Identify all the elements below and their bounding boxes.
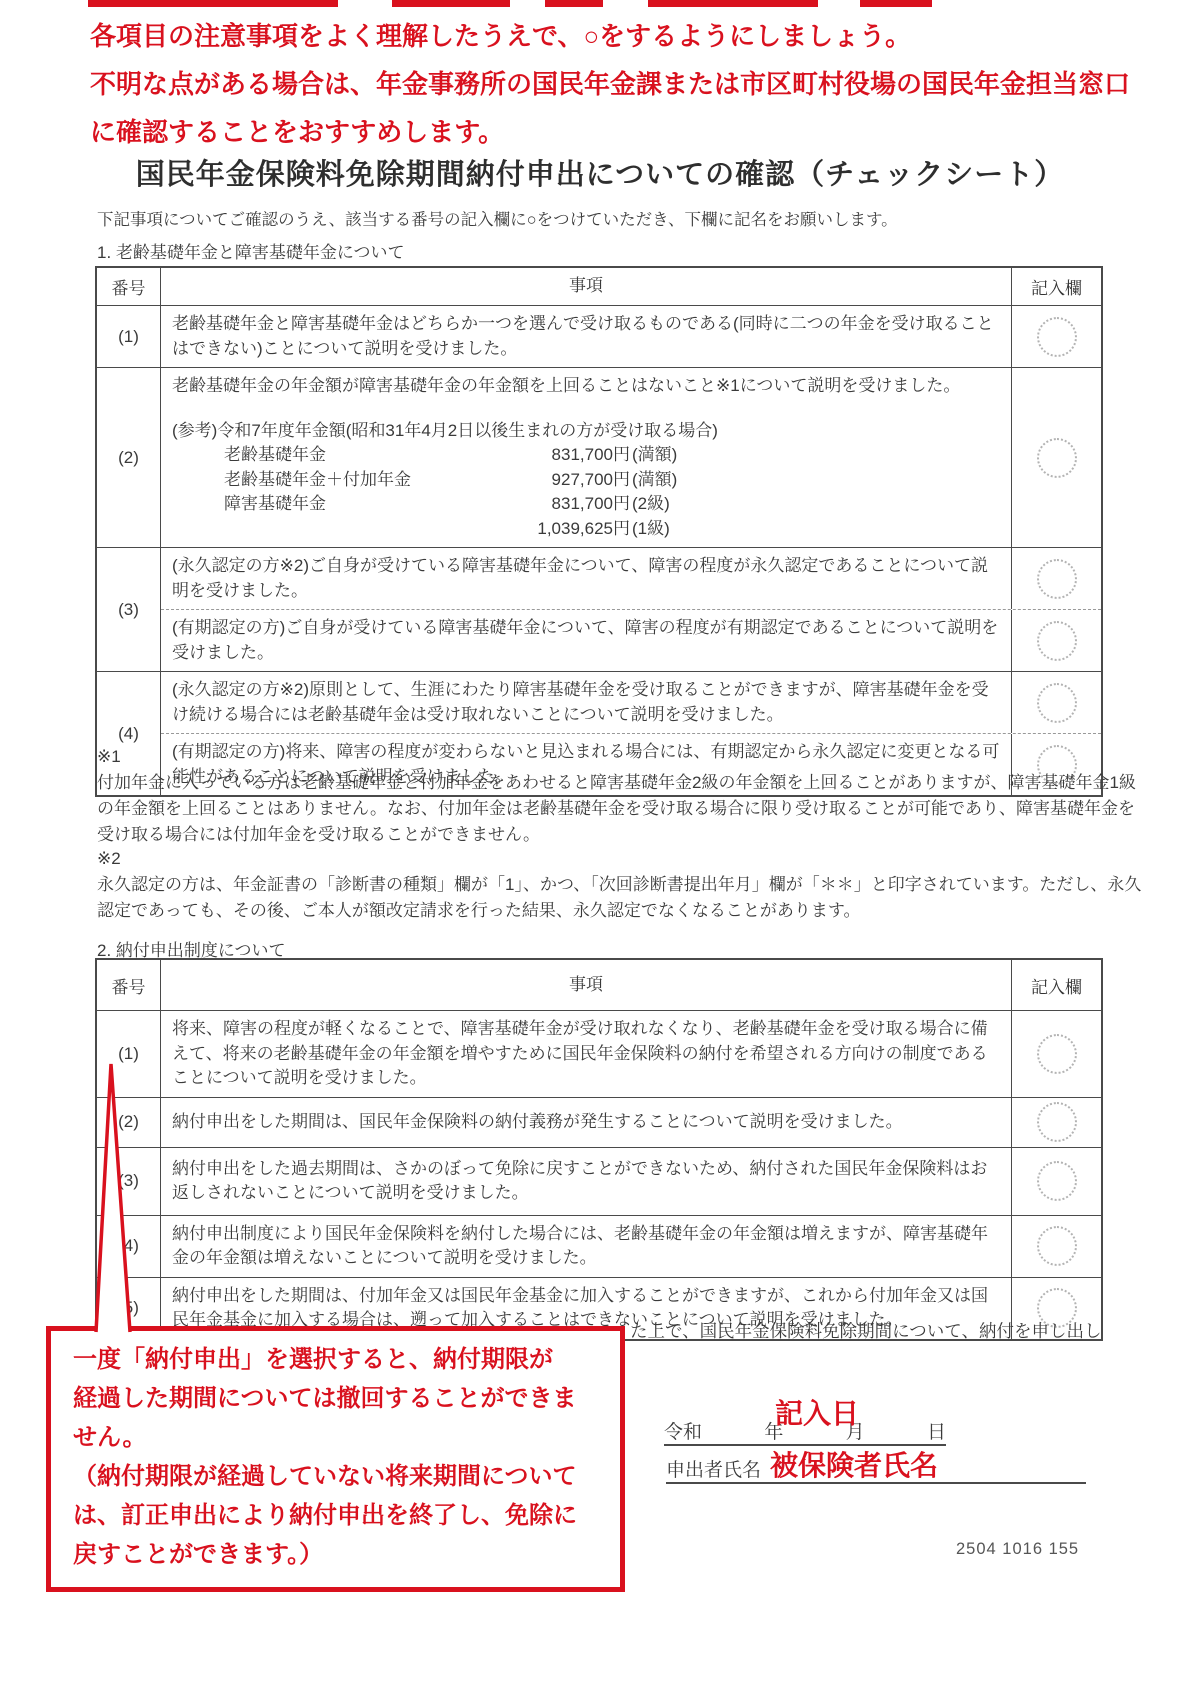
era-label: 令和 bbox=[664, 1417, 702, 1444]
col-header-entry: 記入欄 bbox=[1011, 960, 1101, 1010]
entry-circle[interactable] bbox=[1037, 621, 1077, 661]
entry-circle[interactable] bbox=[1037, 1226, 1077, 1266]
pension-amount: 831,700円 bbox=[472, 492, 630, 517]
section1-table: 番号 事項 記入欄 (1) 老齢基礎年金と障害基礎年金はどちらか一つを選んで受け… bbox=[95, 266, 1103, 797]
entry-circle[interactable] bbox=[1037, 1161, 1077, 1201]
section2-table: 番号 事項 記入欄 (1) 将来、障害の程度が軽くなることで、障害基礎年金が受け… bbox=[95, 958, 1103, 1341]
row-number: (1) bbox=[97, 306, 161, 367]
entry-cell[interactable] bbox=[1011, 1216, 1101, 1277]
reference-row: 老齢基礎年金831,700円(満額) bbox=[172, 443, 1000, 468]
table1-header-row: 番号 事項 記入欄 bbox=[97, 268, 1101, 305]
sub-row: (有期認定の方)ご自身が受けている障害基礎年金について、障害の程度が有期認定であ… bbox=[161, 609, 1101, 671]
sub-row: (永久認定の方※2)ご自身が受けている障害基礎年金について、障害の程度が永久認定… bbox=[161, 548, 1101, 609]
merged-cells: (永久認定の方※2)ご自身が受けている障害基礎年金について、障害の程度が永久認定… bbox=[161, 548, 1101, 671]
footnote-label: ※2 bbox=[97, 846, 1149, 872]
table-row: (2) 老齢基礎年金の年金額が障害基礎年金の年金額を上回ることはないこと※1につ… bbox=[97, 367, 1101, 547]
entry-cell[interactable] bbox=[1011, 548, 1101, 609]
top-warning-note: 各項目の注意事項をよく理解したうえで、○をするようにしましょう。 不明な点がある… bbox=[90, 12, 1150, 156]
intro-text: 下記事項についてご確認のうえ、該当する番号の記入欄に○をつけていただき、下欄に記… bbox=[97, 206, 898, 230]
row-item-text: 納付申出制度により国民年金保険料を納付した場合には、老齢基礎年金の年金額は増えま… bbox=[161, 1216, 1011, 1277]
row-item-text: 将来、障害の程度が軽くなることで、障害基礎年金が受け取れなくなり、老齢基礎年金を… bbox=[161, 1011, 1011, 1097]
entry-cell[interactable] bbox=[1011, 672, 1101, 733]
pension-amount: 1,039,625円 bbox=[472, 517, 630, 542]
document-number: 2504 1016 155 bbox=[956, 1540, 1079, 1559]
reference-row: 老齢基礎年金＋付加年金927,700円(満額) bbox=[172, 468, 1000, 493]
row-item-text: (有期認定の方)ご自身が受けている障害基礎年金について、障害の程度が有期認定であ… bbox=[161, 610, 1011, 671]
page-title: 国民年金保険料免除期間納付申出についての確認（チェックシート） bbox=[0, 152, 1200, 193]
table2-header-row: 番号 事項 記入欄 bbox=[97, 960, 1101, 1010]
entry-circle[interactable] bbox=[1037, 683, 1077, 723]
table-row: (4) 納付申出制度により国民年金保険料を納付した場合には、老齢基礎年金の年金額… bbox=[97, 1215, 1101, 1277]
row-item-text: 老齢基礎年金と障害基礎年金はどちらか一つを選んで受け取るものである(同時に二つの… bbox=[161, 306, 1011, 367]
entry-circle[interactable] bbox=[1037, 1034, 1077, 1074]
pension-note: (2級) bbox=[630, 492, 670, 517]
clipped-text-fragment bbox=[88, 0, 338, 7]
row-item-intro: 老齢基礎年金の年金額が障害基礎年金の年金額を上回ることはないこと※1について説明… bbox=[172, 374, 1000, 399]
pension-label: 障害基礎年金 bbox=[172, 492, 472, 517]
reference-row: 1,039,625円(1級) bbox=[172, 517, 1000, 542]
entry-circle[interactable] bbox=[1037, 559, 1077, 599]
col-header-number: 番号 bbox=[97, 960, 161, 1010]
name-annotation: 被保険者氏名 bbox=[770, 1444, 938, 1484]
footnote-text: 付加年金に入っている方は老齢基礎年金と付加年金をあわせると障害基礎年金2級の年金… bbox=[97, 773, 1136, 844]
entry-cell[interactable] bbox=[1011, 1148, 1101, 1215]
row-number: (3) bbox=[97, 548, 161, 671]
callout-box: 一度「納付申出」を選択すると、納付期限が 経過した期間については撤回することがで… bbox=[46, 1326, 625, 1592]
col-header-item: 事項 bbox=[161, 960, 1011, 1010]
pension-label: 老齢基礎年金 bbox=[172, 443, 472, 468]
row-item-text: (永久認定の方※2)原則として、生涯にわたり障害基礎年金を受け取ることができます… bbox=[161, 672, 1011, 733]
entry-cell[interactable] bbox=[1011, 1098, 1101, 1147]
callout-pointer bbox=[60, 1058, 160, 1336]
entry-cell[interactable] bbox=[1011, 368, 1101, 547]
row-item-text: (永久認定の方※2)ご自身が受けている障害基礎年金について、障害の程度が永久認定… bbox=[161, 548, 1011, 609]
entry-cell[interactable] bbox=[1011, 1011, 1101, 1097]
table-row: (3) 納付申出をした過去期間は、さかのぼって免除に戻すことができないため、納付… bbox=[97, 1147, 1101, 1215]
pension-amount: 831,700円 bbox=[472, 443, 630, 468]
footnote-text: 永久認定の方は、年金証書の「診断書の種類」欄が「1」、かつ、「次回診断書提出年月… bbox=[97, 875, 1141, 920]
sub-row: (永久認定の方※2)原則として、生涯にわたり障害基礎年金を受け取ることができます… bbox=[161, 672, 1101, 733]
applicant-name-label: 申出者氏名 bbox=[666, 1455, 761, 1482]
footnote-2: ※2 永久認定の方は、年金証書の「診断書の種類」欄が「1」、かつ、「次回診断書提… bbox=[97, 846, 1149, 924]
date-annotation: 記入日 bbox=[775, 1392, 859, 1432]
footnote-1: ※1 付加年金に入っている方は老齢基礎年金と付加年金をあわせると障害基礎年金2級… bbox=[97, 744, 1149, 848]
col-header-item: 事項 bbox=[161, 268, 1011, 305]
footnote-label: ※1 bbox=[97, 744, 1149, 770]
row-number: (2) bbox=[97, 368, 161, 547]
entry-cell[interactable] bbox=[1011, 306, 1101, 367]
entry-circle[interactable] bbox=[1037, 438, 1077, 478]
row-item-text: 納付申出をした過去期間は、さかのぼって免除に戻すことができないため、納付された国… bbox=[161, 1148, 1011, 1215]
table-row: (1) 老齢基礎年金と障害基礎年金はどちらか一つを選んで受け取るものである(同時… bbox=[97, 305, 1101, 367]
callout-text: 一度「納付申出」を選択すると、納付期限が 経過した期間については撤回することがで… bbox=[51, 1331, 620, 1574]
day-label: 日 bbox=[927, 1417, 946, 1444]
table-row: (1) 将来、障害の程度が軽くなることで、障害基礎年金が受け取れなくなり、老齢基… bbox=[97, 1010, 1101, 1097]
declaration-text-fragment: た上で、国民年金保険料免除期間について、納付を申し出し bbox=[630, 1318, 1101, 1343]
section1-heading: 1. 老齢基礎年金と障害基礎年金について bbox=[97, 238, 405, 263]
reference-row: 障害基礎年金831,700円(2級) bbox=[172, 492, 1000, 517]
entry-circle[interactable] bbox=[1037, 1102, 1077, 1142]
pension-label: 老齢基礎年金＋付加年金 bbox=[172, 468, 472, 493]
table-row: (2) 納付申出をした期間は、国民年金保険料の納付義務が発生することについて説明… bbox=[97, 1097, 1101, 1147]
clipped-text-fragment bbox=[392, 0, 510, 7]
clipped-text-fragment bbox=[648, 0, 818, 7]
pension-note: (1級) bbox=[630, 517, 670, 542]
row-item-text: 老齢基礎年金の年金額が障害基礎年金の年金額を上回ることはないこと※1について説明… bbox=[161, 368, 1011, 547]
entry-circle[interactable] bbox=[1037, 317, 1077, 357]
pension-note: (満額) bbox=[630, 468, 677, 493]
clipped-text-fragment bbox=[860, 0, 932, 7]
table-row: (3) (永久認定の方※2)ご自身が受けている障害基礎年金について、障害の程度が… bbox=[97, 547, 1101, 671]
entry-cell[interactable] bbox=[1011, 610, 1101, 671]
col-header-entry: 記入欄 bbox=[1011, 268, 1101, 305]
pension-label bbox=[172, 517, 472, 542]
checksheet-page: 各項目の注意事項をよく理解したうえで、○をするようにしましょう。 不明な点がある… bbox=[0, 0, 1200, 1697]
col-header-number: 番号 bbox=[97, 268, 161, 305]
row-item-text: 納付申出をした期間は、国民年金保険料の納付義務が発生することについて説明を受けま… bbox=[161, 1098, 1011, 1147]
clipped-text-fragment bbox=[545, 0, 603, 7]
reference-title: (参考)令和7年度年金額(昭和31年4月2日以後生まれの方が受け取る場合) bbox=[172, 419, 1000, 444]
pension-note: (満額) bbox=[630, 443, 677, 468]
pension-amount: 927,700円 bbox=[472, 468, 630, 493]
